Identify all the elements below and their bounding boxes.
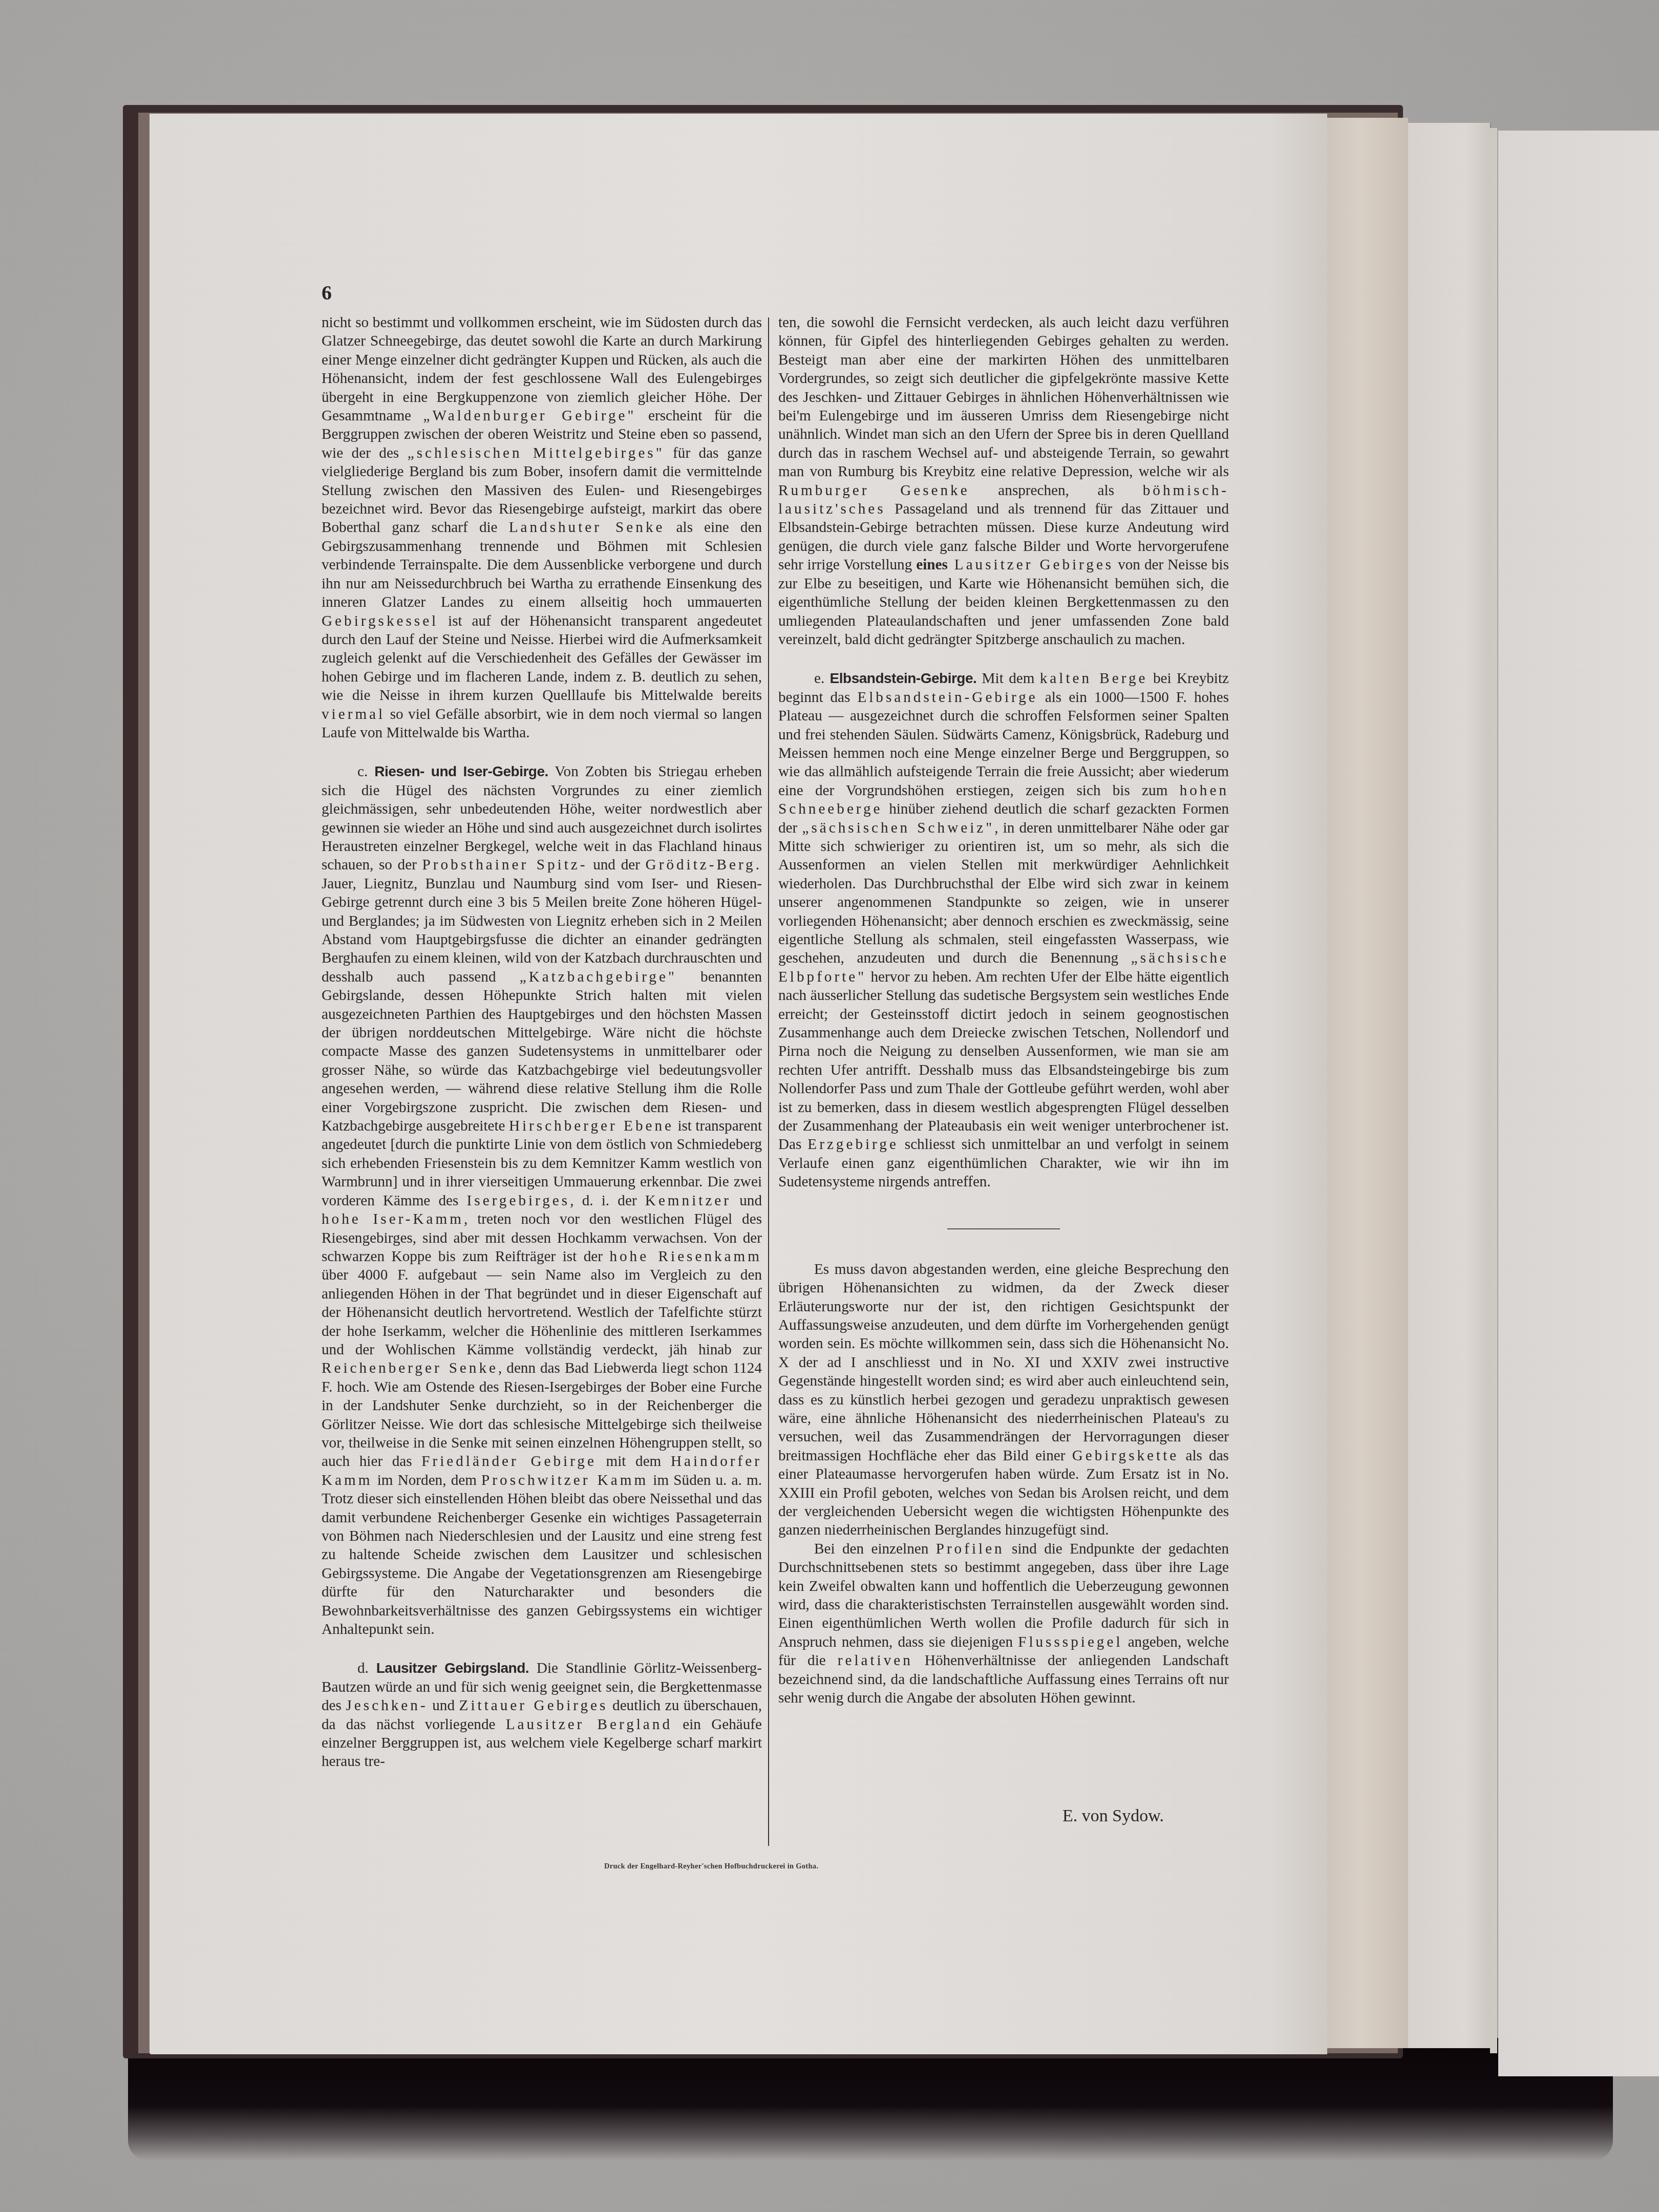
section-label: e. (814, 670, 824, 687)
section-e-paragraph: e. Elbsandstein-Gebirge. Mit dem kalten … (778, 669, 1229, 1191)
paragraph: Bei den einzelnen Profilen sind die Endp… (778, 1540, 1229, 1708)
section-label: d. (357, 1660, 369, 1676)
section-heading: Riesen- und Iser-Gebirge. (374, 763, 548, 779)
author-signature: E. von Sydow. (1062, 1806, 1164, 1826)
section-heading: Elbsandstein-Gebirge. (830, 670, 977, 686)
section-c-paragraph: c. Riesen- und Iser-Gebirge. Von Zobten … (322, 762, 762, 1639)
paragraph: Es muss davon abgestanden werden, eine g… (778, 1260, 1229, 1540)
section-heading: Lausitzer Gebirgsland. (376, 1660, 529, 1676)
section-label: c. (357, 763, 368, 780)
paragraph: ten, die sowohl die Fernsicht verdecken,… (778, 313, 1229, 649)
page-number: 6 (322, 281, 332, 305)
column-divider (768, 317, 769, 1846)
section-d-paragraph: d. Lausitzer Gebirgsland. Die Standlinie… (322, 1659, 762, 1771)
right-text-column: ten, die sowohl die Fernsicht verdecken,… (778, 313, 1229, 1707)
printer-imprint: Druck der Engelhard-Reyher'schen Hofbuch… (604, 1862, 818, 1871)
paragraph: nicht so bestimmt und vollkommen erschei… (322, 313, 762, 742)
section-rule (947, 1228, 1060, 1229)
folded-leaf (1408, 123, 1491, 2048)
left-text-column: nicht so bestimmt und vollkommen erschei… (322, 313, 762, 1771)
facing-page (1498, 131, 1659, 2076)
page-gutter (1326, 118, 1408, 2048)
leaf-strip (1490, 128, 1497, 2053)
